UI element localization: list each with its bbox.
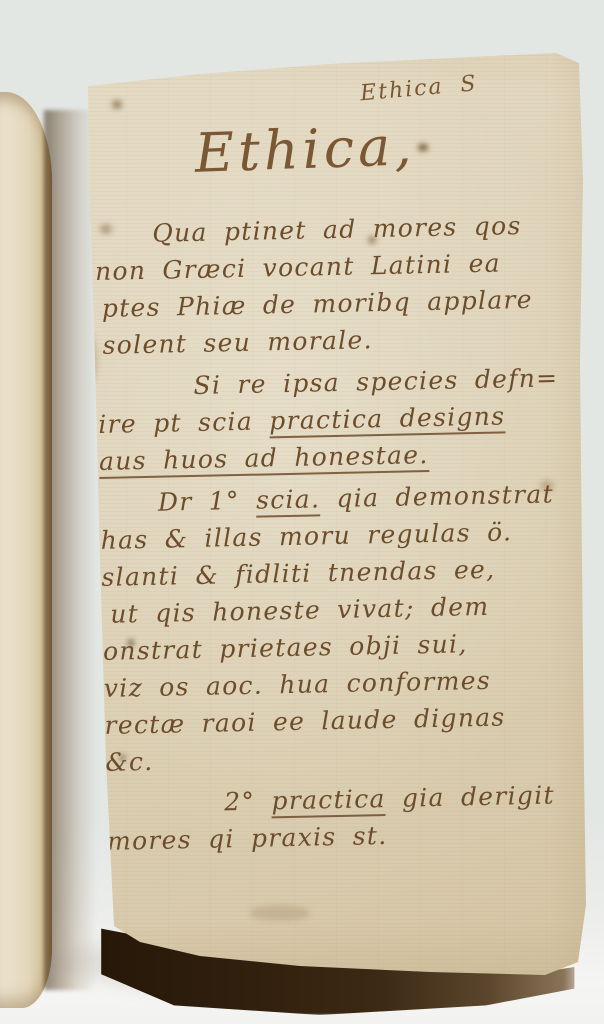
text-segment: Si re ipsa species defn=: [193, 363, 558, 400]
manuscript-paragraph: 2° practica gia derigitmores qi praxis s…: [106, 780, 557, 863]
underlined-text: aus huos ad honestae.: [99, 440, 429, 479]
text-segment: gia derigit: [385, 780, 555, 813]
manuscript-paragraph: Qua ptinet ad mores qosnon Græci vocant …: [94, 211, 547, 368]
text-segment: qia demonstrat: [320, 479, 554, 513]
stain-spot: [112, 100, 122, 109]
manuscript-paragraph: Dr 1° scia. qia demonstrathas & illas mo…: [100, 480, 556, 785]
text-segment: mores qi praxis st.: [107, 821, 388, 856]
underlined-text: practica: [271, 784, 386, 818]
text-segment: ire pt scia: [98, 406, 270, 439]
underlined-text: practica designs: [269, 401, 506, 438]
stain-spot: [250, 905, 310, 921]
book-photo: Ethica S Ethica, Qua ptinet ad mores qos…: [0, 0, 604, 1024]
text-segment: Dr 1°: [158, 486, 257, 517]
book-gutter-shadow: [44, 110, 96, 990]
manuscript-body: Qua ptinet ad mores qosnon Græci vocant …: [94, 211, 557, 864]
text-segment: Qua ptinet ad mores qos: [152, 211, 522, 248]
text-segment: onstrat prietaes obji sui,: [103, 629, 468, 666]
text-segment: 2°: [224, 786, 272, 816]
underlined-text: scia.: [256, 484, 321, 517]
running-head: Ethica S: [359, 67, 531, 107]
text-segment: solent seu morale.: [102, 325, 373, 360]
manuscript-paragraph: Si re ipsa species defn=ire pt scia prac…: [97, 364, 549, 484]
page-title: Ethica,: [139, 112, 471, 186]
text-segment: &c.: [105, 747, 154, 777]
